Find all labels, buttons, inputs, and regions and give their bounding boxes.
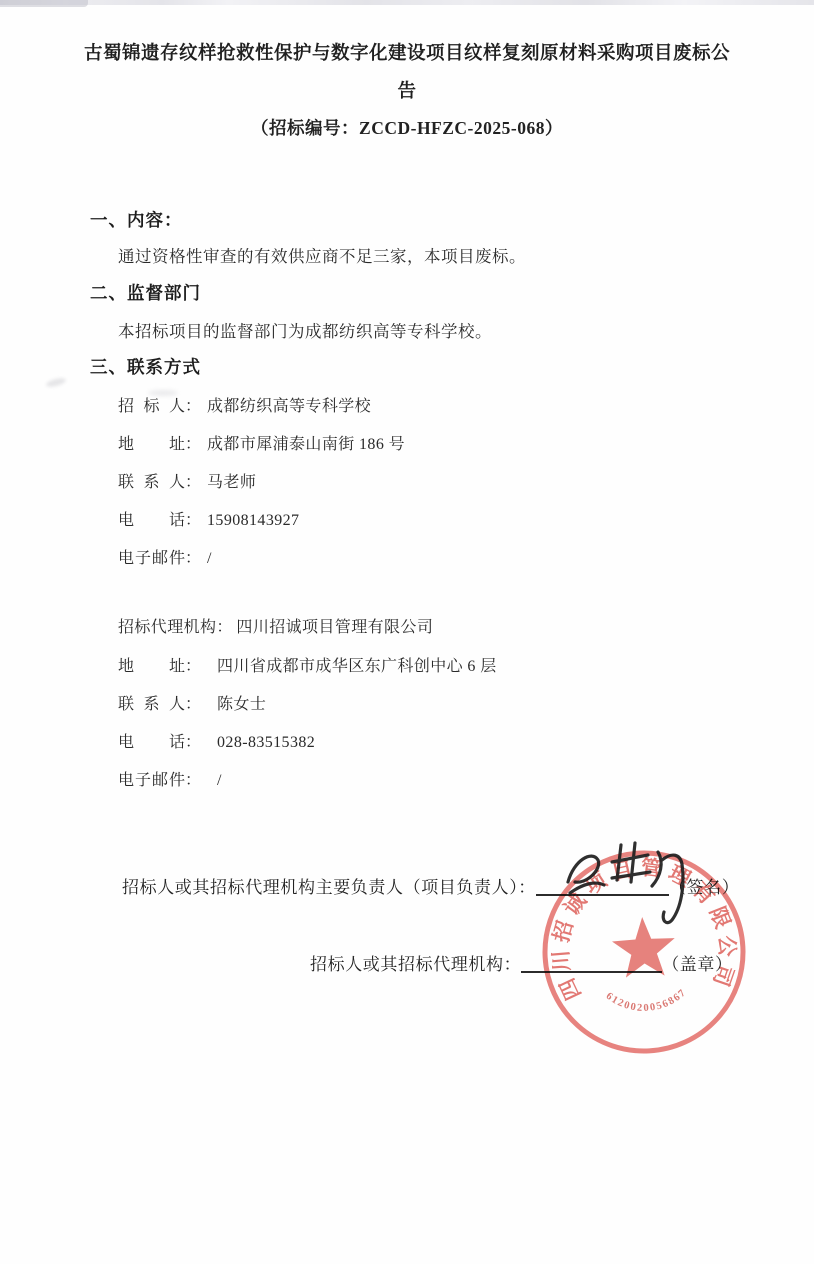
scan-edge-artifact bbox=[0, 0, 814, 5]
field-label: 电子邮件 bbox=[118, 545, 185, 568]
bid-number: （招标编号：ZCCD-HFZC-2025-068） bbox=[0, 115, 814, 140]
document-title-line1: 古蜀锦遗存纹样抢救性保护与数字化建设项目纹样复刻原材料采购项目废标公 bbox=[0, 42, 814, 66]
field-label: 电话 bbox=[118, 507, 185, 530]
scan-smudge bbox=[45, 377, 66, 389]
tenderer-phone-row: 电话：15908143927 bbox=[118, 507, 299, 530]
field-colon: ： bbox=[185, 767, 201, 790]
field-colon: ： bbox=[185, 545, 201, 568]
field-label: 地址 bbox=[118, 431, 185, 454]
field-colon: ： bbox=[185, 393, 201, 416]
agency-contact-person-row: 联系人：陈女士 bbox=[118, 691, 266, 714]
seal-blank bbox=[521, 954, 662, 973]
field-label: 招标人 bbox=[118, 393, 185, 416]
field-label: 电话 bbox=[118, 729, 185, 752]
tenderer-email-row: 电子邮件：/ bbox=[118, 545, 212, 568]
field-value: 四川省成都市成华区东广科创中心 6 层 bbox=[217, 658, 497, 675]
section-heading-supervision: 二、监督部门 bbox=[90, 280, 201, 305]
field-value: 马老师 bbox=[207, 474, 256, 491]
sign-line2-suffix: （盖章） bbox=[662, 955, 732, 974]
tenderer-address-row: 地址：成都市犀浦泰山南街 186 号 bbox=[118, 431, 405, 454]
svg-text:6120020056867: 6120020056867 bbox=[603, 987, 690, 1016]
field-value: 成都市犀浦泰山南街 186 号 bbox=[207, 436, 405, 453]
tenderer-name-row: 招标人：成都纺织高等专科学校 bbox=[118, 393, 371, 416]
agency-email-row: 电子邮件：/ bbox=[118, 767, 222, 790]
field-colon: ： bbox=[185, 691, 201, 714]
sign-line2-label: 招标人或其招标代理机构： bbox=[310, 955, 521, 974]
section-body-supervision: 本招标项目的监督部门为成都纺织高等专科学校。 bbox=[118, 318, 492, 342]
field-colon: ： bbox=[185, 469, 201, 492]
agency-name-row: 招标代理机构：四川招诚项目管理有限公司 bbox=[118, 614, 433, 637]
section-heading-content: 一、内容： bbox=[90, 207, 183, 232]
field-colon: ： bbox=[185, 729, 201, 752]
field-label: 地址 bbox=[118, 653, 185, 676]
tenderer-contact-person-row: 联系人：马老师 bbox=[118, 469, 256, 492]
signature-blank bbox=[536, 877, 669, 896]
field-colon: ： bbox=[216, 614, 232, 637]
field-colon: ： bbox=[185, 653, 201, 676]
field-colon: ： bbox=[185, 431, 201, 454]
field-value: 四川招诚项目管理有限公司 bbox=[236, 619, 433, 636]
field-value: 陈女士 bbox=[217, 696, 266, 713]
field-label: 招标代理机构 bbox=[118, 619, 216, 636]
sign-line1-suffix: （签名） bbox=[669, 878, 739, 897]
field-value: 15908143927 bbox=[207, 512, 299, 529]
responsible-person-sign-line: 招标人或其招标代理机构主要负责人（项目负责人）：（签名） bbox=[122, 873, 739, 898]
agency-address-row: 地址：四川省成都市成华区东广科创中心 6 层 bbox=[118, 653, 497, 676]
seal-serial-number: 6120020056867 bbox=[603, 987, 690, 1016]
sign-line1-label: 招标人或其招标代理机构主要负责人（项目负责人）： bbox=[122, 878, 536, 897]
agency-seal-line: 招标人或其招标代理机构：（盖章） bbox=[310, 950, 733, 975]
field-value: / bbox=[217, 772, 222, 789]
document-page: 古蜀锦遗存纹样抢救性保护与数字化建设项目纹样复刻原材料采购项目废标公 告 （招标… bbox=[0, 0, 814, 1264]
document-title-line2: 告 bbox=[0, 80, 814, 104]
agency-phone-row: 电话：028-83515382 bbox=[118, 729, 315, 752]
field-label: 联系人 bbox=[118, 469, 185, 492]
field-value: 028-83515382 bbox=[217, 734, 315, 751]
field-value: / bbox=[207, 550, 212, 567]
field-value: 成都纺织高等专科学校 bbox=[207, 398, 371, 415]
field-label: 电子邮件 bbox=[118, 767, 185, 790]
field-label: 联系人 bbox=[118, 691, 185, 714]
field-colon: ： bbox=[185, 507, 201, 530]
section-heading-contact: 三、联系方式 bbox=[90, 354, 201, 379]
scan-edge-artifact-left bbox=[0, 0, 88, 7]
section-body-content: 通过资格性审查的有效供应商不足三家，本项目废标。 bbox=[118, 243, 526, 267]
